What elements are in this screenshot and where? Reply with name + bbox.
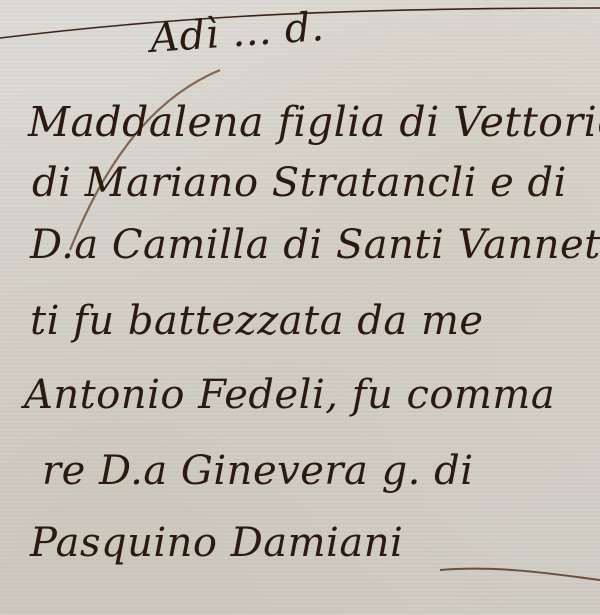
manuscript-line-5: Antonio Fedeli, fu comma xyxy=(24,372,555,418)
manuscript-line-3: D.a Camilla di Santi Vannet- xyxy=(30,222,600,268)
manuscript-line-1: Maddalena figlia di Vettorio xyxy=(28,98,600,146)
manuscript-line-4: ti fu battezzata da me xyxy=(30,298,484,344)
manuscript-line-2: di Mariano Stratancli e di xyxy=(32,160,567,206)
manuscript-line-6: re D.a Ginevera g. di xyxy=(42,448,474,494)
manuscript-line-7: Pasquino Damiani xyxy=(30,520,403,566)
manuscript-page: Adì ... d. Maddalena figlia di Vettorio … xyxy=(0,0,600,615)
